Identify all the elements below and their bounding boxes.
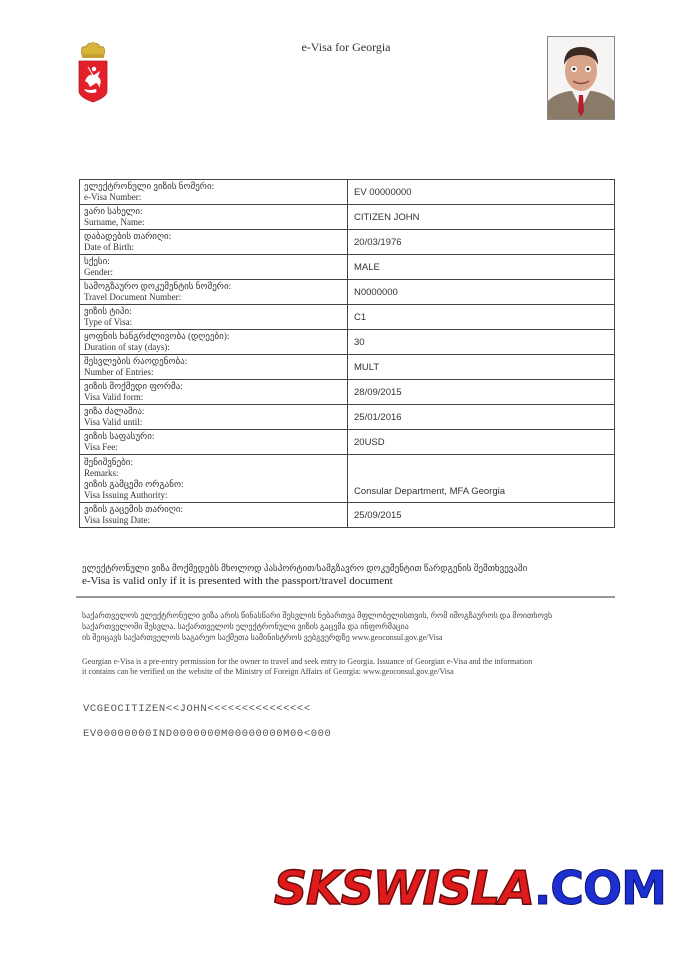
- field-label: ვიზის გაცემის თარიღი:Visa Issuing Date:: [80, 503, 348, 528]
- table-row: ვიზის საფასური:Visa Fee:20USD: [80, 430, 615, 455]
- field-label-ka: შენიშვნები:: [84, 457, 343, 468]
- field-label: სქესი:Gender:: [80, 255, 348, 280]
- mrz-line-2: EV00000000IND0000000M00000000M00<000: [83, 728, 331, 740]
- field-label-en: Visa Valid until:: [84, 417, 343, 428]
- field-label-ka: ვიზის ტიპი:: [84, 306, 343, 317]
- field-label-en: Number of Entries:: [84, 367, 343, 378]
- field-label-ka: სამოგზაურო დოკუმენტის ნომერი:: [84, 281, 343, 292]
- field-label-en: Date of Birth:: [84, 242, 343, 253]
- field-label-ka: ელექტრონული ვიზის ნომერი:: [84, 181, 343, 192]
- field-label-ka: ვარი სახელი:: [84, 206, 343, 217]
- field-label: ვიზის ტიპი:Type of Visa:: [80, 305, 348, 330]
- watermark-part-2: .COM: [534, 861, 666, 915]
- field-label-en: e-Visa Number:: [84, 192, 343, 203]
- validity-notice-ka: ელექტრონული ვიზა მოქმედებს მხოლოდ პასპორ…: [82, 562, 622, 574]
- field-value: 25/09/2015: [348, 503, 615, 528]
- mrz-line-1: VCGEOCITIZEN<<JOHN<<<<<<<<<<<<<<<: [83, 703, 311, 715]
- field-value: 20/03/1976: [348, 230, 615, 255]
- field-value: C1: [348, 305, 615, 330]
- table-row: დაბადების თარიღი:Date of Birth:20/03/197…: [80, 230, 615, 255]
- field-label: ვიზის მოქმედი ფორმა:Visa Valid form:: [80, 380, 348, 405]
- field-label-en: Visa Issuing Date:: [84, 515, 343, 526]
- field-value: 30: [348, 330, 615, 355]
- table-row: შესვლების რაოდენობა:Number of Entries:MU…: [80, 355, 615, 380]
- watermark-part-1: SKSWISLA: [274, 861, 534, 915]
- field-label-en: Visa Issuing Authority:: [84, 490, 343, 501]
- field-value: 20USD: [348, 430, 615, 455]
- field-label-en: Visa Fee:: [84, 442, 343, 453]
- info-ka-line: ის შეიცავს საქართველოს საგარეო საქმეთა ს…: [82, 632, 622, 643]
- validity-notice: ელექტრონული ვიზა მოქმედებს მხოლოდ პასპორ…: [82, 562, 622, 588]
- table-row: ვიზის ტიპი:Type of Visa:C1: [80, 305, 615, 330]
- field-label: შესვლების რაოდენობა:Number of Entries:: [80, 355, 348, 380]
- field-label-en: Remarks:: [84, 468, 343, 479]
- field-label-ka: ყოფნის ხანგრძლივობა (დღეები):: [84, 331, 343, 342]
- table-row: ვიზის გაცემის თარიღი:Visa Issuing Date:2…: [80, 503, 615, 528]
- field-value: MULT: [348, 355, 615, 380]
- field-value: CITIZEN JOHN: [348, 205, 615, 230]
- table-row: ვიზა ძალაშია:Visa Valid until:25/01/2016: [80, 405, 615, 430]
- field-value: MALE: [348, 255, 615, 280]
- table-row: სამოგზაურო დოკუმენტის ნომერი:Travel Docu…: [80, 280, 615, 305]
- info-ka-line: საქართველოში შესვლა. საქართველოს ელექტრო…: [82, 621, 622, 632]
- info-en-line: it contains can be verified on the websi…: [82, 667, 622, 677]
- table-row: ვარი სახელი:Surname, Name:CITIZEN JOHN: [80, 205, 615, 230]
- divider: [76, 596, 615, 598]
- visa-details-table: ელექტრონული ვიზის ნომერი:e-Visa Number:E…: [79, 179, 615, 528]
- field-label-en: Duration of stay (days):: [84, 342, 343, 353]
- field-label: ყოფნის ხანგრძლივობა (დღეები):Duration of…: [80, 330, 348, 355]
- table-row: ყოფნის ხანგრძლივობა (დღეები):Duration of…: [80, 330, 615, 355]
- field-label-en: Surname, Name:: [84, 217, 343, 228]
- info-ka-line: საქართველოს ელექტრონული ვიზა არის წინასწ…: [82, 610, 622, 621]
- field-label-en: Visa Valid form:: [84, 392, 343, 403]
- table-row: ელექტრონული ვიზის ნომერი:e-Visa Number:E…: [80, 180, 615, 205]
- field-label-ka: დაბადების თარიღი:: [84, 231, 343, 242]
- field-label: დაბადების თარიღი:Date of Birth:: [80, 230, 348, 255]
- field-value: EV 00000000: [348, 180, 615, 205]
- watermark-logo: SKSWISLA.COM: [274, 862, 666, 914]
- field-label-ka: ვიზა ძალაშია:: [84, 406, 343, 417]
- field-value: N0000000: [348, 280, 615, 305]
- table-row: ვიზის მოქმედი ფორმა:Visa Valid form:28/0…: [80, 380, 615, 405]
- info-paragraph-en: Georgian e-Visa is a pre-entry permissio…: [82, 657, 622, 677]
- field-label: ვიზა ძალაშია:Visa Valid until:: [80, 405, 348, 430]
- field-value: 28/09/2015: [348, 380, 615, 405]
- field-label-ka: ვიზის მოქმედი ფორმა:: [84, 381, 343, 392]
- field-label-en: Type of Visa:: [84, 317, 343, 328]
- field-label: ვიზის საფასური:Visa Fee:: [80, 430, 348, 455]
- holder-portrait-photo: [547, 36, 615, 120]
- validity-notice-en: e-Visa is valid only if it is presented …: [82, 574, 622, 588]
- field-label-en: Travel Document Number:: [84, 292, 343, 303]
- field-value: 25/01/2016: [348, 405, 615, 430]
- field-label-ka: ვიზის საფასური:: [84, 431, 343, 442]
- field-label-ka: ვიზის გაცემის თარიღი:: [84, 504, 343, 515]
- info-paragraph-ka: საქართველოს ელექტრონული ვიზა არის წინასწ…: [82, 610, 622, 643]
- field-label: სამოგზაურო დოკუმენტის ნომერი:Travel Docu…: [80, 280, 348, 305]
- field-label: ვარი სახელი:Surname, Name:: [80, 205, 348, 230]
- field-value: Consular Department, MFA Georgia: [348, 455, 615, 503]
- field-label-ka: ვიზის გამცემი ორგანო:: [84, 479, 343, 490]
- field-label: შენიშვნები:Remarks:ვიზის გამცემი ორგანო:…: [80, 455, 348, 503]
- field-label-en: Gender:: [84, 267, 343, 278]
- field-label: ელექტრონული ვიზის ნომერი:e-Visa Number:: [80, 180, 348, 205]
- info-en-line: Georgian e-Visa is a pre-entry permissio…: [82, 657, 622, 667]
- field-label-ka: შესვლების რაოდენობა:: [84, 356, 343, 367]
- table-row: სქესი:Gender:MALE: [80, 255, 615, 280]
- field-label-ka: სქესი:: [84, 256, 343, 267]
- table-row: შენიშვნები:Remarks:ვიზის გამცემი ორგანო:…: [80, 455, 615, 503]
